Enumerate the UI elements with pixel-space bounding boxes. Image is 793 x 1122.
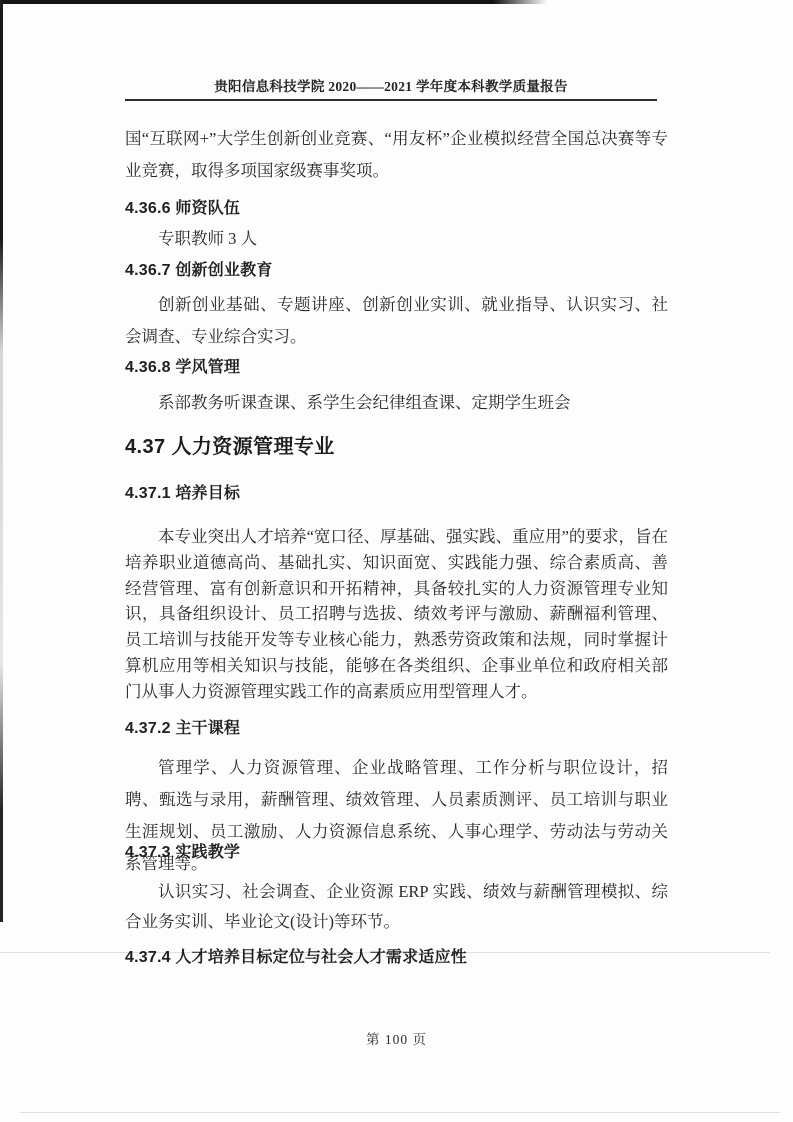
body-paragraph: 创新创业基础、专题讲座、创新创业实训、就业指导、认识实习、社会调查、专业综合实习… (125, 289, 668, 353)
body-paragraph: 认识实习、社会调查、企业资源 ERP 实践、绩效与薪酬管理模拟、综合业务实训、毕… (125, 877, 668, 937)
section-heading: 4.36.8 学风管理 (125, 358, 668, 378)
scan-edge-left-artifact (0, 0, 3, 922)
section-heading: 4.36.7 创新创业教育 (125, 261, 668, 281)
document-page: 贵阳信息科技学院 2020——2021 学年度本科教学质量报告 国“互联网+”大… (0, 0, 793, 1122)
section-heading: 4.37.1 培养目标 (125, 484, 668, 504)
chapter-heading: 4.37 人力资源管理专业 (125, 434, 668, 460)
body-paragraph: 国“互联网+”大学生创新创业竞赛、“用友杯”企业模拟经营全国总决赛等专业竞赛，取… (125, 123, 668, 187)
section-heading: 4.37.3 实践教学 (125, 843, 668, 863)
page-number: 第 100 页 (0, 1031, 793, 1049)
section-heading: 4.37.2 主干课程 (125, 719, 668, 739)
body-paragraph: 本专业突出人才培养“宽口径、厚基础、强实践、重应用”的要求，旨在培养职业道德高尚… (125, 524, 668, 705)
document-body: 国“互联网+”大学生创新创业竞赛、“用友杯”企业模拟经营全国总决赛等专业竞赛，取… (125, 0, 668, 1122)
section-heading: 4.37.4 人才培养目标定位与社会人才需求适应性 (125, 948, 668, 968)
section-heading: 4.36.6 师资队伍 (125, 199, 668, 219)
body-paragraph: 专职教师 3 人 (125, 223, 668, 255)
body-paragraph: 系部教务听课查课、系学生会纪律组查课、定期学生班会 (125, 387, 668, 419)
